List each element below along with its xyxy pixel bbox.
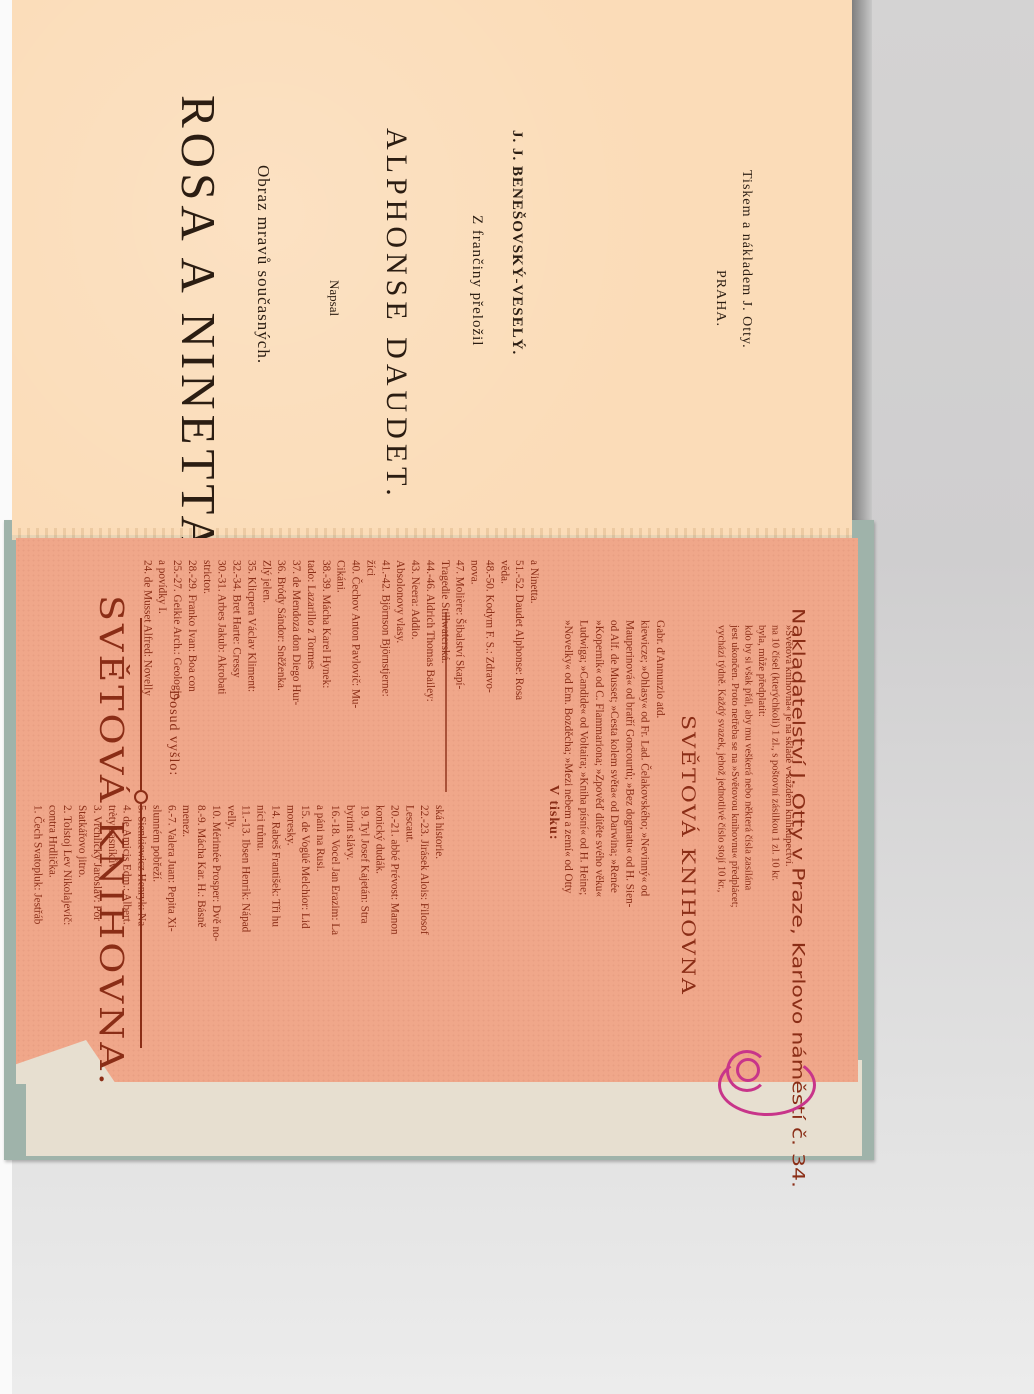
info-line: jest ukončen. Proto netřeba se na »Světo…	[728, 625, 740, 1025]
info-line: kdo by si však přál, aby mu veškerá nebo…	[742, 625, 754, 1025]
list-item: a páni na Rusi.	[313, 805, 326, 1085]
list-item: menez.	[179, 805, 192, 1085]
list-item: věda.	[497, 560, 510, 800]
list-item: 16.-18. Vocel Jan Erazim: La	[328, 805, 341, 1085]
list-item: Tragedie Stillwaterská.	[438, 560, 451, 800]
list-item: 1. Čech Svatopluk: Jestřáb	[31, 805, 44, 1085]
list-item: 6.-7. Valera Juan: Pepita Xi-	[164, 805, 177, 1085]
title-page	[12, 0, 852, 535]
in-print-line: »Novelky« od Em. Bozděcha; »Mezi nebem a…	[562, 620, 574, 1050]
in-print-list: Gabr. d'Annunzio atd.kiewicze; »Ohlasy« …	[566, 620, 666, 1050]
subscription-info: »Světová knihovna« je na skladě v každém…	[704, 625, 794, 1025]
list-item: 30.-31. Arbes Jakub: Akrobati	[215, 560, 228, 800]
list-item: 10. Mérimée Prosper: Dvě no-	[209, 805, 222, 1085]
info-line: vychází týdně. Každý svazek, jehož jedno…	[715, 625, 727, 1025]
printer-line: Tiskem a nákladem J. Otty.	[738, 170, 754, 349]
book-title: ROSA A NINETTA.	[174, 95, 223, 573]
list-item: Zlý jelen.	[259, 560, 272, 800]
list-item: 25.-27. Geikie Arch.: Geologie.	[170, 560, 183, 800]
in-print-line: Gabr. d'Annunzio atd.	[654, 620, 666, 1050]
issued-list-right: a Ninetta.51.-52. Daudet Alphonse: Rosav…	[140, 560, 540, 800]
list-item: 43. Neera: Addio.	[408, 560, 421, 800]
list-item: 11.-13. Ibsen Henrik: Nápad	[239, 805, 252, 1085]
list-item: 8.-9. Mácha Kar. H.: Básně	[194, 805, 207, 1085]
list-item: 35. Klicpera Václav Kliment:	[245, 560, 258, 800]
list-item: 3. Vrchlický Jaroslav: Por	[90, 805, 103, 1085]
publication-city: PRAHA.	[712, 270, 728, 327]
list-item: 38.-39. Mácha Karel Hynek:	[319, 560, 332, 800]
list-item: konický dudák.	[373, 805, 386, 1085]
list-item: 37. de Mendoza don Diego Hur-	[289, 560, 302, 800]
info-line: byla, může předplatit:	[755, 625, 767, 1025]
list-item: 14. Rabeš František: Tři hu	[269, 805, 282, 1085]
list-item: 40. Čechov Anton Pavlovič: Mu-	[349, 560, 362, 800]
list-item: 19. Tyl Josef Kajetán: Stra	[358, 805, 371, 1085]
info-title: SVĚTOVÁ KNIHOVNA	[677, 715, 698, 996]
list-item: strictor.	[200, 560, 213, 800]
issued-list-left: ská historie.22.-23. Jirásek Alois: Filo…	[31, 805, 446, 1085]
list-item: Statkářovo jitro.	[75, 805, 88, 1085]
list-item: žíci	[364, 560, 377, 800]
list-item: Lescaut.	[402, 805, 415, 1085]
list-item: 44.-46. Aldrich Thomas Bailey:	[423, 560, 436, 800]
book-spine-edge	[850, 0, 872, 560]
list-item: a Ninetta.	[527, 560, 540, 800]
author-label: Napsal	[326, 280, 342, 316]
stamp-spiral-inner	[736, 1058, 760, 1082]
list-item: nova.	[468, 560, 481, 800]
in-print-line: od Alf. de Musset; »Cesta kolem světa« o…	[608, 620, 620, 1050]
list-item: slunném pobřeží.	[150, 805, 163, 1085]
list-item: 36. Bródy Sándor: Sněženka.	[274, 560, 287, 800]
list-item: 22.-23. Jirásek Alois: Filosof	[417, 805, 430, 1085]
in-print-line: kiewicze; »Ohlasy« od Fr. Lad. Čelakovsk…	[638, 620, 650, 1050]
list-item: 2. Tolstoj Lev Nikolajevič:	[60, 805, 73, 1085]
list-item: ská historie.	[432, 805, 445, 1085]
list-item: velly.	[224, 805, 237, 1085]
list-item: 41.-42. Björnson Björnstjerne:	[378, 560, 391, 800]
list-item: 24. de Musset Alfred: Novelly	[140, 560, 153, 800]
list-item: níci trůnu.	[254, 805, 267, 1085]
author-name: ALPHONSE DAUDET.	[379, 128, 413, 501]
in-print-label: V tisku:	[545, 785, 561, 841]
list-item: trèty básníkův.	[105, 805, 118, 1085]
list-item: 15. de Vogüé Melchior: Lid	[298, 805, 311, 1085]
list-item: 47. Molière: Šibalství Skapí-	[453, 560, 466, 800]
translator-name: J. J. BENEŠOVSKÝ-VESELÝ.	[508, 130, 525, 355]
list-item: tado: Lazarillo z Tormes	[304, 560, 317, 800]
list-item: 5. Sienkiewicz Henryk: Na	[135, 805, 148, 1085]
translator-label: Z frančiny přeložil	[468, 215, 485, 346]
book-subtitle: Obraz mravů současných.	[253, 165, 273, 364]
in-print-line: Ludwiga; »Candide« od Voltaira; »Kniha p…	[577, 620, 589, 1050]
list-item: moresky.	[283, 805, 296, 1085]
list-item: Absolonovy vlasy.	[393, 560, 406, 800]
list-item: contra Hrdlička.	[45, 805, 58, 1085]
info-line: na 10 čísel (kterýchkoli) 1 zl., s pošto…	[769, 625, 781, 1025]
list-item: 4. de Amicis Edm.: Albert.	[120, 805, 133, 1085]
list-item: 32.-34. Bret Harte: Cressy	[230, 560, 243, 800]
list-item: Cikáni.	[334, 560, 347, 800]
list-item: 28.-29. Franko Ivan: Boa con	[185, 560, 198, 800]
in-print-line: »Koperník« od C. Flammariona; »Zpověď dí…	[592, 620, 604, 1050]
list-item: byrint slávy.	[343, 805, 356, 1085]
list-item: 20.-21. abbé Prévost: Manon	[388, 805, 401, 1085]
list-item: 51.-52. Daudet Alphonse: Rosa	[512, 560, 525, 800]
list-item: a povídky I.	[155, 560, 168, 800]
list-item: 48.-50. Kodym F. S.: Zdravo-	[483, 560, 496, 800]
in-print-line: Mauperinová« od bratří Goncourtů; »Bez d…	[623, 620, 635, 1050]
